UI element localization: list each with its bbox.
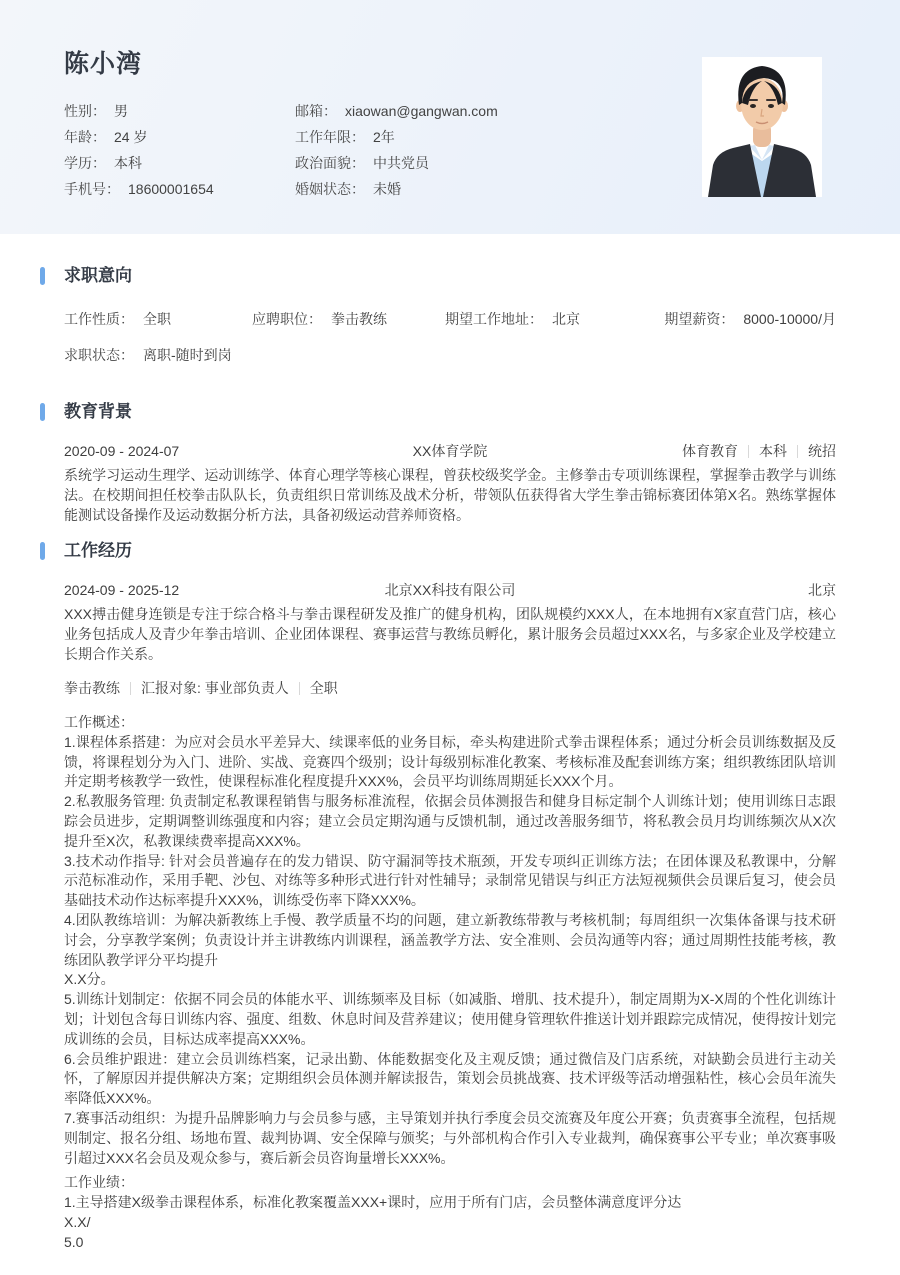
resume-header: 陈小湾 性别：男 年龄：24 岁 学历：本科 手机号：18600001654 邮…	[0, 0, 900, 234]
section-accent-bar	[40, 542, 45, 560]
intent-status: 求职状态：离职-随时到岗	[64, 345, 836, 365]
education-description: 系统学习运动生理学、运动训练学、体育心理学等核心课程，曾获校级奖学金。主修拳击专…	[64, 465, 836, 525]
education-tags: 体育教育本科统招	[487, 441, 836, 461]
info-label: 手机号：	[64, 181, 120, 197]
intent-location: 期望工作地址：北京	[445, 309, 661, 329]
intent-job-type: 工作性质：全职	[64, 309, 252, 329]
info-value: 18600001654	[128, 181, 214, 197]
resume-page: 陈小湾 性别：男 年龄：24 岁 学历：本科 手机号：18600001654 邮…	[0, 0, 900, 1275]
work-overview: 工作概述： 1.课程体系搭建：为应对会员水平差异大、续课率低的业务目标，牵头构建…	[64, 713, 836, 1168]
section-title-text: 求职意向	[64, 266, 132, 285]
info-value: 本科	[114, 155, 142, 171]
education-major: 体育教育	[682, 443, 738, 459]
education-school: XX体育学院	[413, 441, 488, 461]
tag-divider	[299, 682, 300, 695]
info-label: 学历：	[64, 155, 106, 171]
intent-label: 期望薪资：	[664, 311, 734, 327]
info-value: 未婚	[373, 181, 401, 197]
position-report-to: 汇报对象: 事业部负责人	[141, 680, 289, 696]
intent-value: 拳击教练	[331, 311, 387, 327]
work-period: 2024-09 - 2025-12	[64, 580, 385, 600]
info-value: 中共党员	[373, 155, 429, 171]
section-title-work-experience: 工作经历	[64, 541, 836, 561]
info-degree: 学历：本科	[64, 150, 295, 176]
intent-label: 求职状态：	[64, 347, 134, 363]
info-label: 政治面貌：	[295, 155, 365, 171]
info-label: 年龄：	[64, 129, 106, 145]
section-title-text: 工作经历	[64, 541, 132, 560]
work-results: 工作业绩： 1.主导搭建X级拳击课程体系，标准化教案覆盖XXX+课时，应用于所有…	[64, 1173, 836, 1252]
position-row: 拳击教练汇报对象: 事业部负责人全职	[64, 678, 836, 698]
intent-salary: 期望薪资：8000-10000/月	[661, 309, 836, 329]
tag-divider	[748, 445, 749, 458]
tag-divider	[797, 445, 798, 458]
tag-divider	[130, 682, 131, 695]
candidate-photo	[702, 57, 822, 197]
work-location: 北京	[515, 580, 836, 600]
section-title-education: 教育背景	[64, 402, 836, 422]
info-column-left: 性别：男 年龄：24 岁 学历：本科 手机号：18600001654	[64, 98, 295, 202]
intent-position: 应聘职位：拳击教练	[252, 309, 445, 329]
info-value: 24 岁	[114, 129, 147, 145]
education-degree: 本科	[759, 443, 787, 459]
section-title-text: 教育背景	[64, 402, 132, 421]
education-meta-row: 2020-09 - 2024-07 XX体育学院 体育教育本科统招	[64, 441, 836, 461]
info-phone: 手机号：18600001654	[64, 176, 295, 202]
info-gender: 性别：男	[64, 98, 295, 124]
intent-value: 8000-10000/月	[743, 311, 836, 327]
education-enrollment-type: 统招	[808, 443, 836, 459]
intent-label: 应聘职位：	[252, 311, 322, 327]
section-accent-bar	[40, 403, 45, 421]
job-intent-row: 工作性质：全职 应聘职位：拳击教练 期望工作地址：北京 期望薪资：8000-10…	[64, 309, 836, 329]
intent-value: 北京	[552, 311, 580, 327]
intent-label: 期望工作地址：	[445, 311, 543, 327]
info-label: 邮箱：	[295, 103, 337, 119]
position-title: 拳击教练	[64, 680, 120, 696]
company-intro: XXX搏击健身连锁是专注于综合格斗与拳击课程研发及推广的健身机构，团队规模约XX…	[64, 604, 836, 664]
section-accent-bar	[40, 267, 45, 285]
intent-label: 工作性质：	[64, 311, 134, 327]
resume-body: 求职意向 工作性质：全职 应聘职位：拳击教练 期望工作地址：北京 期望薪资：80…	[0, 266, 900, 1253]
intent-value: 全职	[143, 311, 171, 327]
info-label: 工作年限：	[295, 129, 365, 145]
education-period: 2020-09 - 2024-07	[64, 441, 413, 461]
info-value: 男	[114, 103, 128, 119]
work-company: 北京XX科技有限公司	[385, 580, 516, 600]
info-label: 性别：	[64, 103, 106, 119]
info-value: 2年	[373, 129, 395, 145]
intent-value: 离职-随时到岗	[143, 347, 232, 363]
work-meta-row: 2024-09 - 2025-12 北京XX科技有限公司 北京	[64, 580, 836, 600]
section-title-job-intent: 求职意向	[64, 266, 836, 286]
position-employment-type: 全职	[310, 680, 338, 696]
info-label: 婚姻状态：	[295, 181, 365, 197]
info-age: 年龄：24 岁	[64, 124, 295, 150]
info-value: xiaowan@gangwan.com	[345, 103, 498, 119]
